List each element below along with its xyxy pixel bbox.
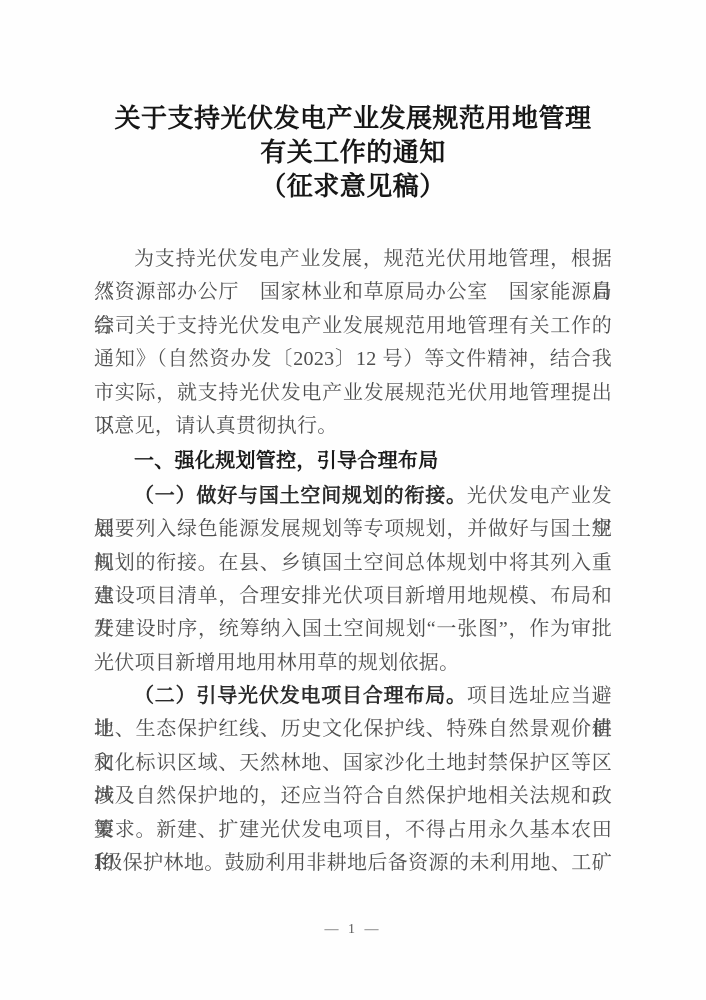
- document-body: 为支持光伏发电产业发展，规范光伏用地管理，根据《自然资源部办公厅 国家林业和草原…: [94, 243, 612, 880]
- text-line: 要求。新建、扩建光伏发电项目，不得占用永久基本农田和: [94, 814, 612, 847]
- title-line-2: 有关工作的通知: [0, 135, 706, 169]
- text-line: 通知》（自然资办发〔2023〕12 号）等文件精神，结合我: [94, 343, 612, 376]
- clause-lead: （一）做好与国土空间规划的衔接。: [134, 485, 467, 507]
- page-number: — 1 —: [0, 922, 706, 938]
- text-line: 地、生态保护红线、历史文化保护线、特殊自然景观价值和: [94, 713, 612, 746]
- text-line: 规划的衔接。在县、乡镇国土空间总体规划中将其列入重点: [94, 547, 612, 580]
- text-line: 涉及自然保护地的，还应当符合自然保护地相关法规和政策: [94, 780, 612, 813]
- text-line: 然资源部办公厅 国家林业和草原局办公室 国家能源局综: [94, 276, 612, 309]
- document-page: 关于支持光伏发电产业发展规范用地管理 有关工作的通知 （征求意见稿） 为支持光伏…: [0, 0, 706, 1000]
- section-heading: 一、强化规划管控，引导合理布局: [94, 445, 612, 478]
- document-title: 关于支持光伏发电产业发展规范用地管理 有关工作的通知 （征求意见稿）: [0, 101, 706, 203]
- text-line: 建设项目清单，合理安排光伏项目新增用地规模、布局和开: [94, 580, 612, 613]
- title-line-3: （征求意见稿）: [0, 169, 706, 203]
- text-line: 合司关于支持光伏发电产业发展规范用地管理有关工作的: [94, 310, 612, 343]
- text-line: 发建设时序，统筹纳入国土空间规划“一张图”，作为审批: [94, 613, 612, 646]
- clause-lead: （二）引导光伏发电项目合理布局。: [134, 685, 467, 707]
- text-line: 市实际，就支持光伏发电产业发展规范光伏用地管理提出以: [94, 377, 612, 410]
- text-line: 光伏项目新增用地用林用草的规划依据。: [94, 647, 612, 680]
- text-line: 划要列入绿色能源发展规划等专项规划，并做好与国土空间: [94, 513, 612, 546]
- text-line: 为支持光伏发电产业发展，规范光伏用地管理，根据《自: [94, 243, 612, 276]
- text-line: 文化标识区域、天然林地、国家沙化土地封禁保护区等区域；: [94, 747, 612, 780]
- title-line-1: 关于支持光伏发电产业发展规范用地管理: [0, 101, 706, 135]
- text-line: Ⅰ级保护林地。鼓励利用非耕地后备资源的未利用地、工矿: [94, 847, 612, 880]
- text-line: （一）做好与国土空间规划的衔接。光伏发电产业发展规: [94, 480, 612, 513]
- text-line: 下意见，请认真贯彻执行。: [94, 410, 612, 443]
- text-line: （二）引导光伏发电项目合理布局。项目选址应当避让耕: [94, 680, 612, 713]
